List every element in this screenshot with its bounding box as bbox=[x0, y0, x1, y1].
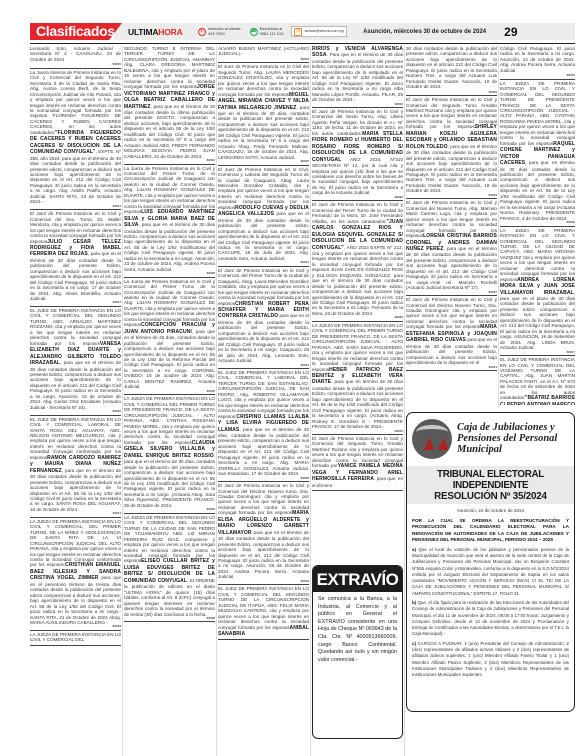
classifieds-column-4: RIRIOS y VENICIA ALVARENGA SOSA. Para qu… bbox=[312, 45, 403, 565]
notice-id: 69522 bbox=[218, 58, 309, 61]
notice-id: 69542 bbox=[30, 625, 121, 628]
notice-text: para que en el término de 30 días contad… bbox=[218, 313, 309, 363]
resolution-title-band: TRIBUNAL ELECTORAL INDEPENDIENTE RESOLUC… bbox=[407, 466, 574, 504]
classifieds-column-3: ALVARO BUENO MARTINEZ (ACTUARIO JUDICIAL… bbox=[218, 45, 309, 756]
whatsapp-icon: ☎ bbox=[250, 28, 258, 36]
legal-notice: El Juez de Primera Instancia en lo Civil… bbox=[218, 166, 309, 267]
notice-text: , SI ORDENE la publicación de edictos en… bbox=[124, 578, 215, 617]
notice-text: LA JUEZA DE PRIMERA INSTANCIA EN LO CIVI… bbox=[30, 519, 121, 568]
notice-text: , para que en el término de 30 días cont… bbox=[30, 360, 121, 410]
notice-text: LA JUEZA DE PRIMERA INSTANCIA EN LO CIVI… bbox=[500, 228, 575, 282]
legal-notice: EL JUEZ DE PRIMERA INSTANCIA EN LO CIVIL… bbox=[218, 369, 309, 482]
notice-text: , para que, en término de 30 días contad… bbox=[500, 160, 575, 221]
classifieds-column-1: Leonardo Soto, Actuario Judicial - Secre… bbox=[30, 45, 121, 756]
column-divider bbox=[216, 46, 217, 756]
legal-notice: LA JUEZA DE PRIMERA INSTANCIA EN LO CIVI… bbox=[500, 80, 575, 227]
notice-text: para que en el perentorio término de tre… bbox=[30, 575, 121, 625]
notice-text: , para que en el plazo de 30 días contad… bbox=[500, 290, 575, 351]
tribunal-title: TRIBUNAL ELECTORAL INDEPENDIENTE bbox=[409, 469, 572, 491]
notice-text: , para que en término de 30 días contado… bbox=[312, 379, 403, 429]
notice-text: LA JUEZA DE PRIMERA INSTANCIA EN LO CIVI… bbox=[312, 323, 403, 372]
notice-text: LA JUEZA DE PRIMERA INSTANCIA EN LO CIVI… bbox=[30, 632, 121, 642]
legal-notice: LA JUEZA DE PRIMERA INSTANCIA EN LO CIVI… bbox=[30, 631, 121, 646]
institution-name: Caja de Jubilaciones y Pensiones del Per… bbox=[457, 422, 557, 455]
legal-notice: El Juez de Primera Instancia en lo Civil… bbox=[218, 63, 309, 165]
legal-notice: SEGUNDO TURNO E INTERINA DEL TERCER TURN… bbox=[124, 45, 215, 165]
notice-id: 69538 bbox=[124, 617, 215, 620]
notice-text: LA JUEZA DE PRIMERA INSTANCIA EN LO CIVI… bbox=[124, 396, 215, 445]
notice-text: , para que en el término de 30 días cont… bbox=[406, 246, 497, 290]
envelope-icon: ✉ bbox=[294, 28, 302, 36]
edition-date: Asunción, miércoles 30 de octubre de 202… bbox=[363, 29, 486, 35]
logo-ultima: ULTIMA bbox=[128, 27, 158, 37]
notice-id: 69543 bbox=[312, 430, 403, 433]
notice-id: 69524 bbox=[124, 159, 215, 162]
notice-id: 69529 bbox=[406, 91, 497, 94]
notice-id: 69520 bbox=[30, 63, 121, 66]
notice-text: , para que en el término de 30 días cont… bbox=[30, 468, 121, 512]
page-number: 29 bbox=[504, 25, 517, 39]
column-divider bbox=[310, 46, 311, 756]
resolution-number: RESOLUCIÓN Nº 35/2024 bbox=[409, 491, 572, 502]
contact-phone: ✆ Atención al cliente:415 7000 bbox=[198, 27, 242, 36]
notice-id: 69541 bbox=[30, 512, 121, 515]
notice-text: para que en el término de 30 días contad… bbox=[218, 530, 309, 580]
legal-notice: La Jueza de Primera Instancia en lo Civi… bbox=[124, 165, 215, 278]
extravio-title: EXTRAVÍO bbox=[313, 566, 402, 592]
notice-text: AÑO: 2024, Nº310 SECRETARIA Nº 12, por l… bbox=[312, 157, 403, 196]
legal-notice: La Jueza Interina de Primera Instancia e… bbox=[30, 69, 121, 210]
resolution-item-c: c) CARGOS A PUGNAR: 1 (uno) Presidente d… bbox=[412, 641, 569, 679]
legal-notice: EL JUEZ DE PRIMERA INSTANCIA EN LO CIVIL… bbox=[30, 307, 121, 416]
legal-notice: El Juez de Primera Instancia en lo Civil… bbox=[406, 199, 497, 296]
notice-text: , para que en el término de 30 días, con… bbox=[124, 453, 215, 508]
notice-id: 69534 bbox=[218, 364, 309, 367]
legal-notice: EL JUEZ DE PRIMERA INSTANCIA EN LO CIVIL… bbox=[30, 416, 121, 518]
notice-text: , para que en el término de 30 días, con… bbox=[218, 427, 309, 477]
notice-text: Leonardo Soto, Actuario Judicial - Secre… bbox=[30, 46, 121, 62]
whatsapp-number: 0981 111 013 bbox=[260, 32, 284, 37]
extravio-body: Se comunica a la Banca, a la Industria, … bbox=[313, 592, 402, 668]
notice-id: 69523 bbox=[312, 103, 403, 106]
legal-notice: LA JUEZA DE PRIMERA INSTANCIA EN LO CIVI… bbox=[500, 227, 575, 356]
family-logo-icon: ♟♟♟ bbox=[412, 419, 452, 459]
notice-id: 69532 bbox=[312, 316, 403, 319]
notice-id: 69540 bbox=[30, 410, 121, 413]
email-box: ✉ avisos@uhora.com.py bbox=[291, 26, 347, 37]
column-divider bbox=[122, 46, 123, 756]
caja-jubilaciones-notice: ♟♟♟ Caja de Jubilaciones y Pensiones del… bbox=[406, 412, 575, 712]
contact-email: ✉ avisos@uhora.com.py bbox=[291, 26, 347, 37]
page-header: Clasificados ULTIMAHORA ✆ Atención al cl… bbox=[30, 23, 575, 40]
classifieds-column-5: 30 días contados desde la publicación de… bbox=[406, 45, 497, 405]
legal-notice: LA JUEZA DE PRIMERA INSTANCIA EN LO CIVI… bbox=[124, 395, 215, 514]
resolution-lead: POR LA CUAL SE ORDENA LA REESTRUCTURACIÓ… bbox=[412, 518, 569, 544]
notice-text: EL JUEZ DE PRIMERA INSTANCIA EN LO CIVIL… bbox=[218, 586, 309, 629]
notice-id: 69528 bbox=[124, 272, 215, 275]
legal-notice: RIRIOS y VENICIA ALVARENGA SOSA. Para qu… bbox=[312, 45, 403, 108]
phone-number: 415 7000 bbox=[208, 32, 242, 37]
legal-notice: LA JUEZA DE PRIMERA INSTANCIA EN LO CIVI… bbox=[312, 322, 403, 435]
caja-header: ♟♟♟ Caja de Jubilaciones y Pensiones del… bbox=[407, 413, 574, 463]
legal-notice: 30 días contados desde la publicación de… bbox=[406, 45, 497, 96]
resolution-item-b: b) Que, el día fijado para la realizació… bbox=[412, 600, 569, 638]
notice-text: , para que en el término de 30 días cont… bbox=[406, 144, 497, 194]
legal-notice: ALVARO BUENO MARTINEZ (ACTUARIO JUDICIAL… bbox=[218, 45, 309, 63]
notice-id: 69521 bbox=[30, 205, 121, 208]
logo-hora: HORA bbox=[158, 27, 182, 37]
resolution-date: Asunción, 24 de octubre de 2024 bbox=[407, 508, 574, 513]
notice-id: 69527 bbox=[30, 301, 121, 304]
notice-id: 69533 bbox=[406, 194, 497, 197]
notice-text: LA JUEZA DE PRIMERA INSTANCIA EN LO CIVI… bbox=[500, 81, 575, 146]
notice-text: El Juez de Primera Instancia en lo Civil… bbox=[218, 167, 309, 210]
legal-notice: Leonardo Soto, Actuario Judicial - Secre… bbox=[30, 45, 121, 69]
notice-text: La Jueza Interina de Primera Instancia e… bbox=[30, 70, 121, 135]
legal-notice: LA JUEZA DE PRIMERA INSTANCIA EN LO CIVI… bbox=[30, 518, 121, 631]
classifieds-column-6: Código Civil Paraguayo. El juicio radica… bbox=[500, 45, 575, 405]
notice-text: . Para que en el término de 30 días cont… bbox=[312, 52, 403, 102]
notice-text: , EXPTE. Nº 288, año 2024, para que en e… bbox=[30, 149, 121, 204]
section-title: Clasificados bbox=[30, 23, 122, 40]
legal-notice: Código Civil Paraguayo. El juicio radica… bbox=[500, 45, 575, 80]
email-address: avisos@uhora.com.py bbox=[304, 29, 344, 34]
legal-notice: El Juez de Primera Instancia en lo Civil… bbox=[312, 435, 403, 491]
notice-id: 69537 bbox=[406, 291, 497, 294]
legal-notice: El Juez de Primera Instancia en lo Civil… bbox=[312, 201, 403, 322]
legal-notice: El Juez de Primera Instancia en lo Civil… bbox=[218, 482, 309, 585]
notice-text: La Jueza de Primera Instancia en lo Civi… bbox=[124, 279, 215, 328]
notice-id: 69526 bbox=[312, 196, 403, 199]
notice-text: La Jueza de Primera Instancia en lo Civi… bbox=[124, 166, 215, 215]
notice-text: Código Civil Paraguayo. El juicio radica… bbox=[500, 46, 575, 73]
column-divider bbox=[404, 46, 405, 756]
header-band: ULTIMAHORA ✆ Atención al cliente:415 700… bbox=[114, 23, 575, 40]
notice-text: , AÑO 2023 EXPTE Nº 212, cita y emplaza … bbox=[312, 245, 403, 316]
legal-notice: El Juez de Primera Instancia en lo Civil… bbox=[406, 296, 497, 371]
notice-text: EL JUEZ DE PRIMERA INSTANCIA EN LO CIVIL… bbox=[218, 370, 309, 419]
phone-icon: ✆ bbox=[198, 28, 206, 36]
notice-text: 30 días contados desde la publicación de… bbox=[406, 46, 497, 89]
legal-notice: La Jueza de Primera Instancia en lo Civi… bbox=[124, 278, 215, 396]
notice-id: 69536 bbox=[218, 477, 309, 480]
notice-text: ALVARO BUENO MARTINEZ (ACTUARIO JUDICIAL… bbox=[218, 46, 309, 56]
extravio-notice: EXTRAVÍO Se comunica a la Banca, a la In… bbox=[312, 565, 403, 739]
resolution-body: POR LA CUAL SE ORDENA LA REESTRUCTURACIÓ… bbox=[407, 518, 574, 679]
resolution-item-a: a) Que el local de votación de los jubil… bbox=[412, 547, 569, 597]
notice-id: 69544 bbox=[406, 366, 497, 369]
notice-id: 69547 bbox=[500, 351, 575, 354]
notice-id: 69539 bbox=[218, 580, 309, 583]
newspaper-logo: ULTIMAHORA bbox=[128, 27, 190, 37]
notice-text: para que en el término de 30 días contad… bbox=[218, 211, 309, 261]
legal-notice: EL JUEZ DE PRIMERA INSTANCIA EN LO CIVIL… bbox=[218, 585, 309, 640]
legal-notice: El Juez de Primera Instancia en lo Civil… bbox=[312, 108, 403, 201]
notice-id: 69530 bbox=[124, 390, 215, 393]
notice-text: EL JUEZ DE PRIMERA INSTANCIA EN LO CIVIL… bbox=[30, 417, 121, 460]
legal-notice: LA JUEZA DE PRIMERA INSTANCIA EN LO CIVI… bbox=[124, 514, 215, 623]
notice-text: SEGUNDO TURNO E INTERINA DEL TERCER TURN… bbox=[124, 46, 215, 89]
notice-id: 69525 bbox=[218, 160, 309, 163]
column-divider bbox=[498, 46, 499, 408]
contact-whatsapp: ☎ Escribinos al0981 111 013 bbox=[250, 27, 284, 36]
legal-notice: El Juez de Primera Instancia en lo Civil… bbox=[30, 210, 121, 307]
notice-text: LA JUEZA DE PRIMERA INSTANCIA EN LO CIVI… bbox=[124, 515, 215, 564]
legal-notice: El Juez de Primera Instancia en lo Civil… bbox=[218, 267, 309, 369]
legal-notice: EL JUEZ DE PRIMERA INSTANCIA EN LO CIVIL… bbox=[500, 356, 575, 405]
notice-text: , para que en el término de 30 días cont… bbox=[30, 251, 121, 301]
notice-text: EL JUEZ DE PRIMERA INSTANCIA EN LO CIVIL… bbox=[500, 357, 575, 400]
notice-id: 69546 bbox=[500, 221, 575, 224]
notice-id: 69531 bbox=[218, 261, 309, 264]
notice-text: , para que en el término de 30 días cont… bbox=[124, 104, 215, 159]
classifieds-column-2: SEGUNDO TURNO E INTERINA DEL TERCER TURN… bbox=[124, 45, 215, 756]
notice-text: , para que en el término de 30 días cont… bbox=[124, 222, 215, 272]
notice-id: 69545 bbox=[500, 74, 575, 77]
header-rule bbox=[30, 43, 575, 44]
notice-text: , para que en el término de 30 días, con… bbox=[124, 329, 215, 390]
legal-notice: El Juez de Primera Instancia en lo Civil… bbox=[406, 96, 497, 199]
notice-id: 69535 bbox=[124, 508, 215, 511]
notice-text: , para que en el término de 30 días, con… bbox=[218, 105, 309, 160]
